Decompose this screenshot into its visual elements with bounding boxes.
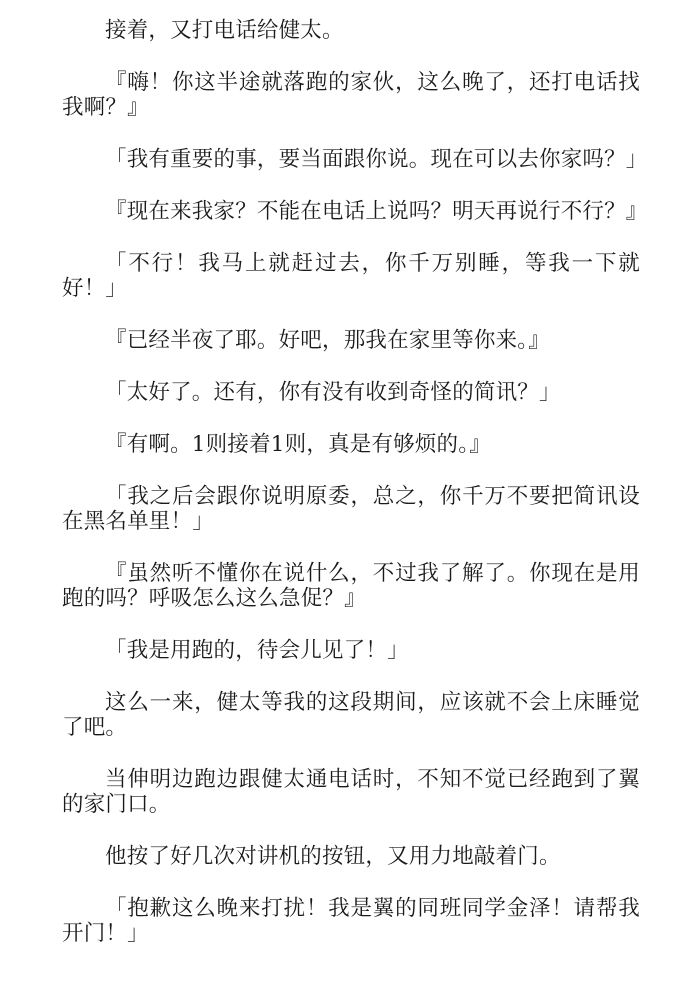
paragraph: 接着，又打电话给健太。 <box>62 18 640 43</box>
paragraph: 「我是用跑的，待会儿见了！」 <box>62 638 640 663</box>
paragraph: 『现在来我家？不能在电话上说吗？明天再说行不行？』 <box>62 199 640 224</box>
paragraph: 「我之后会跟你说明原委，总之，你千万不要把简讯设在黑名单里！」 <box>62 484 640 534</box>
paragraph: 『嗨！你这半途就落跑的家伙，这么晚了，还打电话找我啊？』 <box>62 70 640 120</box>
paragraph: 当伸明边跑边跟健太通电话时，不知不觉已经跑到了翼的家门口。 <box>62 767 640 817</box>
paragraph: 『有啊。1则接着1则，真是有够烦的。』 <box>62 432 640 457</box>
paragraph: 『虽然听不懂你在说什么，不过我了解了。你现在是用跑的吗？呼吸怎么这么急促？』 <box>62 561 640 611</box>
paragraph: 「不行！我马上就赶过去，你千万别睡，等我一下就好！」 <box>62 251 640 301</box>
paragraph: 他按了好几次对讲机的按钮，又用力地敲着门。 <box>62 844 640 869</box>
document-page: 接着，又打电话给健太。 『嗨！你这半途就落跑的家伙，这么晚了，还打电话找我啊？』… <box>62 18 640 973</box>
paragraph: 「抱歉这么晚来打扰！我是翼的同班同学金泽！请帮我开门！」 <box>62 896 640 946</box>
paragraph: 「我有重要的事，要当面跟你说。现在可以去你家吗？」 <box>62 147 640 172</box>
paragraph: 这么一来，健太等我的这段期间，应该就不会上床睡觉了吧。 <box>62 690 640 740</box>
paragraph: 『已经半夜了耶。好吧，那我在家里等你来。』 <box>62 328 640 353</box>
paragraph: 「太好了。还有，你有没有收到奇怪的简讯？」 <box>62 380 640 405</box>
